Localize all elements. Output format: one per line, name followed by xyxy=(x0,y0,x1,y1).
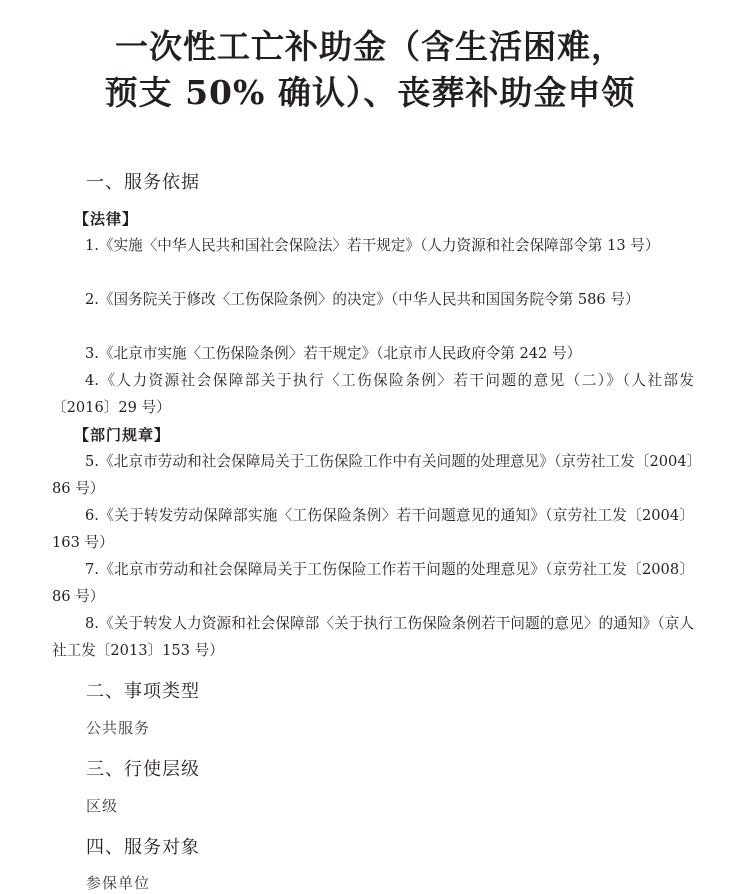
basis-item-5: 5.《北京市劳动和社会保障局关于工伤保险工作中有关问题的处理意见》（京劳社工发〔… xyxy=(52,448,694,502)
group-label-department-rules: 【部门规章】 xyxy=(74,425,170,445)
section-heading-service-target: 四、服务对象 xyxy=(86,836,200,860)
group-label-law: 【法律】 xyxy=(74,209,138,229)
document-page: 一次性工亡补助金（含生活困难， 预支 50% 确认）、丧葬补助金申领 一、服务依… xyxy=(0,0,740,894)
exercise-level-value: 区级 xyxy=(86,796,118,816)
basis-item-1: 1.《实施〈中华人民共和国社会保险法〉若干规定》（人力资源和社会保障部令第 13… xyxy=(52,232,694,259)
section-heading-exercise-level: 三、行使层级 xyxy=(86,758,200,782)
basis-item-6: 6.《关于转发劳动保障部实施〈工伤保险条例〉若干问题意见的通知》（京劳社工发〔2… xyxy=(52,502,694,556)
section-heading-service-basis: 一、服务依据 xyxy=(86,171,200,195)
document-title-line-1: 一次性工亡补助金（含生活困难， xyxy=(0,26,740,68)
basis-item-3: 3.《北京市实施〈工伤保险条例〉若干规定》（北京市人民政府令第 242 号） xyxy=(52,340,694,367)
document-title-line-2: 预支 50% 确认）、丧葬补助金申领 xyxy=(0,72,740,114)
item-type-value: 公共服务 xyxy=(86,718,150,738)
service-target-value: 参保单位 xyxy=(86,873,150,893)
section-heading-item-type: 二、事项类型 xyxy=(86,680,200,704)
basis-item-4: 4.《人力资源社会保障部关于执行〈工伤保险条例〉若干问题的意见（二）》（人社部发… xyxy=(52,367,694,421)
basis-item-7: 7.《北京市劳动和社会保障局关于工伤保险工作若干问题的处理意见》（京劳社工发〔2… xyxy=(52,556,694,610)
basis-item-8: 8.《关于转发人力资源和社会保障部〈关于执行工伤保险条例若干问题的意见〉的通知》… xyxy=(52,610,694,664)
basis-item-2: 2.《国务院关于修改〈工伤保险条例〉的决定》（中华人民共和国国务院令第 586 … xyxy=(52,286,694,313)
